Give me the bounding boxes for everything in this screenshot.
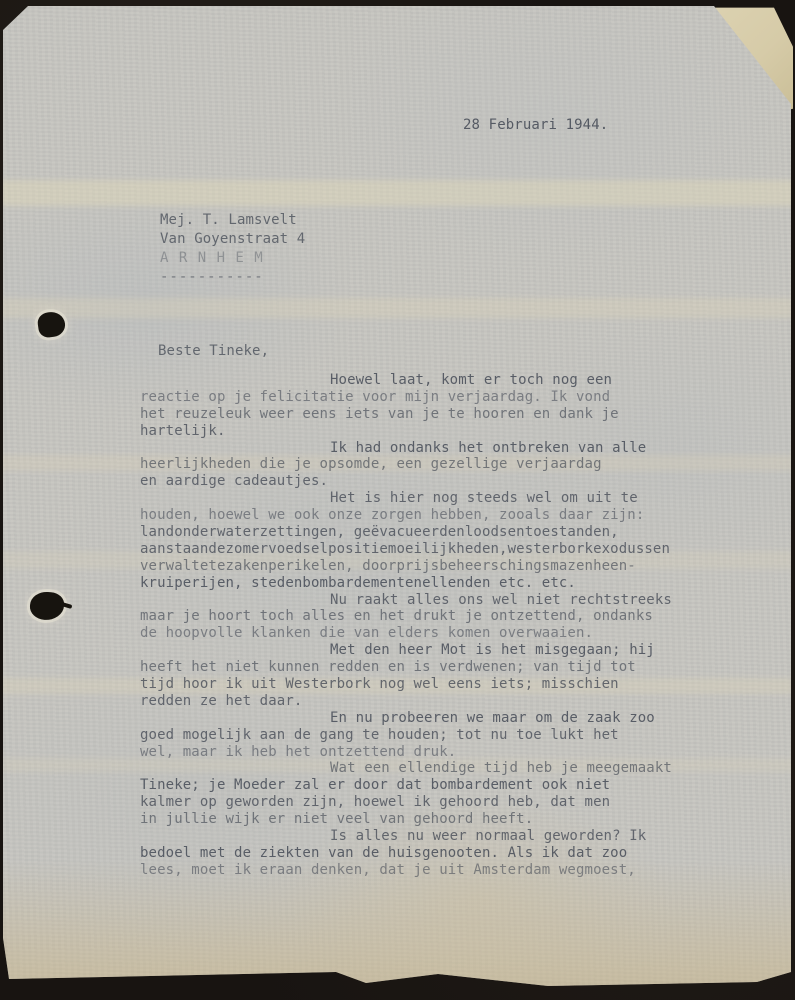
letter-line: kalmer op geworden zijn, hoewel ik gehoo…: [140, 794, 685, 811]
addressee-name: Mej. T. Lamsvelt: [160, 211, 305, 230]
letter-line: redden ze het daar.: [140, 693, 685, 710]
scanned-letter-page: { "letter": { "date": "28 Februari 1944.…: [0, 0, 795, 1000]
letter-line: houden, hoewel we ook onze zorgen hebben…: [140, 507, 685, 524]
letter-line: Wat een ellendige tijd heb je meegemaakt: [140, 760, 685, 777]
letter-line: landonderwaterzettingen, geëvacueerdenlo…: [140, 524, 685, 541]
salutation: Beste Tineke,: [158, 343, 269, 359]
letter-line: Nu raakt alles ons wel niet rechtstreeks: [140, 592, 685, 609]
letter-line: heerlijkheden die je opsomde, een gezell…: [140, 456, 685, 473]
letter-line: kruiperijen, stedenbombardementenellende…: [140, 575, 685, 592]
letter-line: goed mogelijk aan de gang te houden; tot…: [140, 727, 685, 744]
address-block: Mej. T. Lamsvelt Van Goyenstraat 4 A R N…: [160, 211, 305, 287]
letter-line: lees, moet ik eraan denken, dat je uit A…: [140, 862, 685, 879]
letter-line: aanstaandezomervoedselpositiemoeilijkhed…: [140, 541, 685, 558]
letter-line: heeft het niet kunnen redden en is verdw…: [140, 659, 685, 676]
typed-text-layer: 28 Februari 1944. Mej. T. Lamsvelt Van G…: [0, 0, 795, 1000]
letter-line: bedoel met de ziekten van de huisgenoote…: [140, 845, 685, 862]
letter-line: hartelijk.: [140, 423, 685, 440]
letter-line: en aardige cadeautjes.: [140, 473, 685, 490]
letter-line: maar je hoort toch alles en het drukt je…: [140, 608, 685, 625]
letter-sheet: 28 Februari 1944. Mej. T. Lamsvelt Van G…: [0, 0, 795, 1000]
letter-line: Met den heer Mot is het misgegaan; hij: [140, 642, 685, 659]
letter-line: En nu probeeren we maar om de zaak zoo: [140, 710, 685, 727]
letter-line: het reuzeleuk weer eens iets van je te h…: [140, 406, 685, 423]
letter-line: de hoopvolle klanken die van elders kome…: [140, 625, 685, 642]
letter-body: Hoewel laat, komt er toch nog een reacti…: [140, 372, 685, 879]
letter-line: reactie op je felicitatie voor mijn verj…: [140, 389, 685, 406]
letter-date: 28 Februari 1944.: [463, 117, 608, 133]
letter-line: Hoewel laat, komt er toch nog een: [140, 372, 685, 389]
address-underline: -----------: [160, 268, 305, 287]
letter-line: Tineke; je Moeder zal er door dat bombar…: [140, 777, 685, 794]
letter-line: verwaltetezakenperikelen, doorprijsbehee…: [140, 558, 685, 575]
addressee-street: Van Goyenstraat 4: [160, 230, 305, 249]
letter-line: wel, maar ik heb het ontzettend druk.: [140, 744, 685, 761]
letter-line: tijd hoor ik uit Westerbork nog wel eens…: [140, 676, 685, 693]
letter-line: Is alles nu weer normaal geworden? Ik: [140, 828, 685, 845]
letter-line: in jullie wijk er niet veel van gehoord …: [140, 811, 685, 828]
letter-line: Het is hier nog steeds wel om uit te: [140, 490, 685, 507]
letter-line: Ik had ondanks het ontbreken van alle: [140, 440, 685, 457]
addressee-city: A R N H E M: [160, 249, 305, 268]
